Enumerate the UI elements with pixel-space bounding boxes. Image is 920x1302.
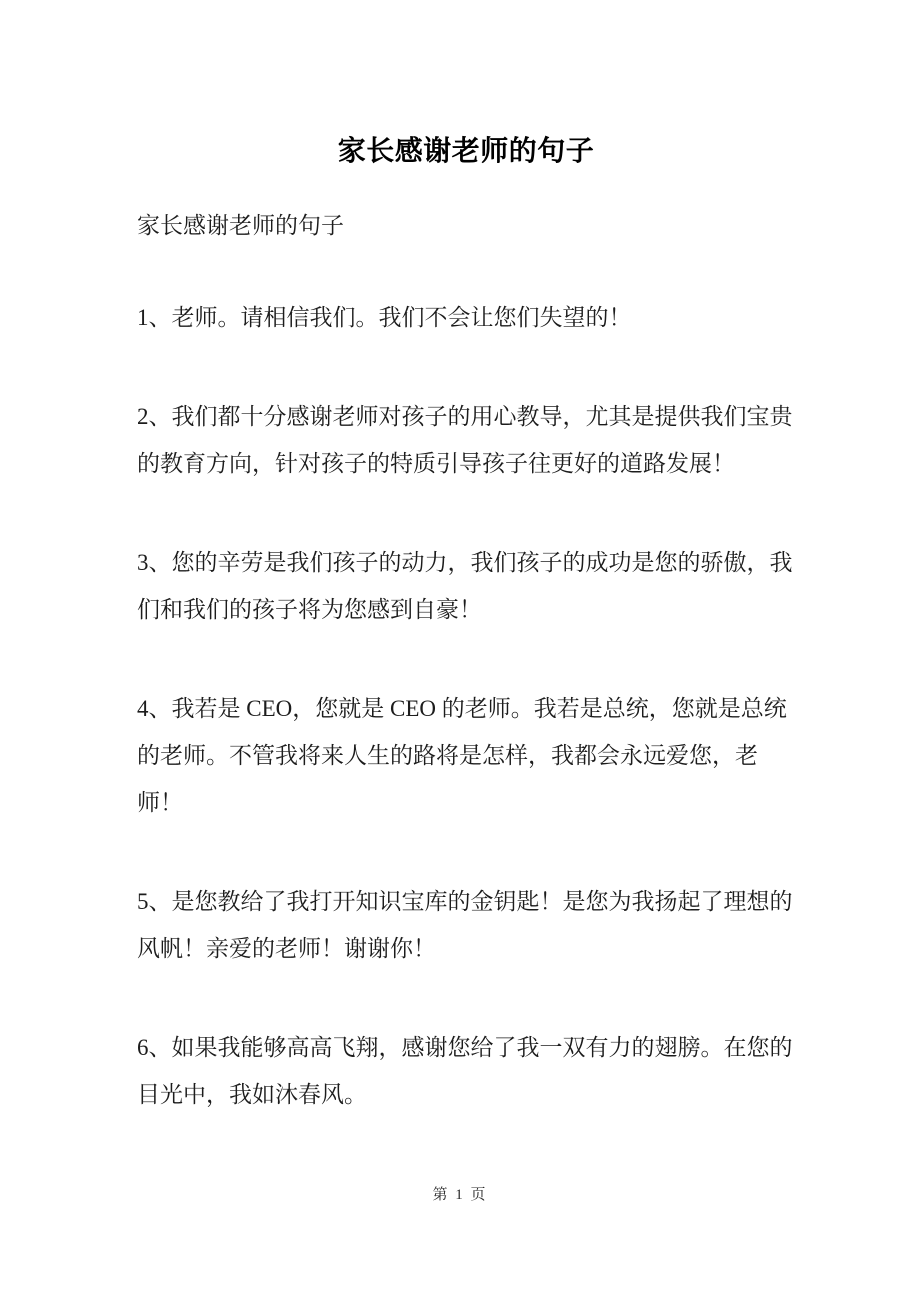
paragraph-3: 3、您的辛劳是我们孩子的动力，我们孩子的成功是您的骄傲，我们和我们的孩子将为您感… (137, 539, 795, 633)
page-number: 第 1 页 (432, 1187, 487, 1203)
paragraph-5: 5、是您教给了我打开知识宝库的金钥匙！是您为我扬起了理想的风帆！亲爱的老师！谢谢… (137, 878, 795, 972)
paragraph-4: 4、我若是 CEO，您就是 CEO 的老师。我若是总统，您就是总统的老师。不管我… (137, 685, 795, 826)
document-title: 家长感谢老师的句子 (137, 131, 795, 171)
document-page: 家长感谢老师的句子 家长感谢老师的句子 1、老师。请相信我们。我们不会让您们失望… (0, 0, 920, 1302)
document-body: 家长感谢老师的句子 家长感谢老师的句子 1、老师。请相信我们。我们不会让您们失望… (137, 0, 795, 1118)
body-heading: 家长感谢老师的句子 (137, 202, 795, 249)
paragraph-6: 6、如果我能够高高飞翔，感谢您给了我一双有力的翅膀。在您的目光中，我如沐春风。 (137, 1024, 795, 1118)
page-footer: 第 1 页 (0, 1185, 920, 1205)
paragraph-1: 1、老师。请相信我们。我们不会让您们失望的！ (137, 294, 795, 341)
paragraph-2: 2、我们都十分感谢老师对孩子的用心教导，尤其是提供我们宝贵的教育方向，针对孩子的… (137, 393, 795, 487)
